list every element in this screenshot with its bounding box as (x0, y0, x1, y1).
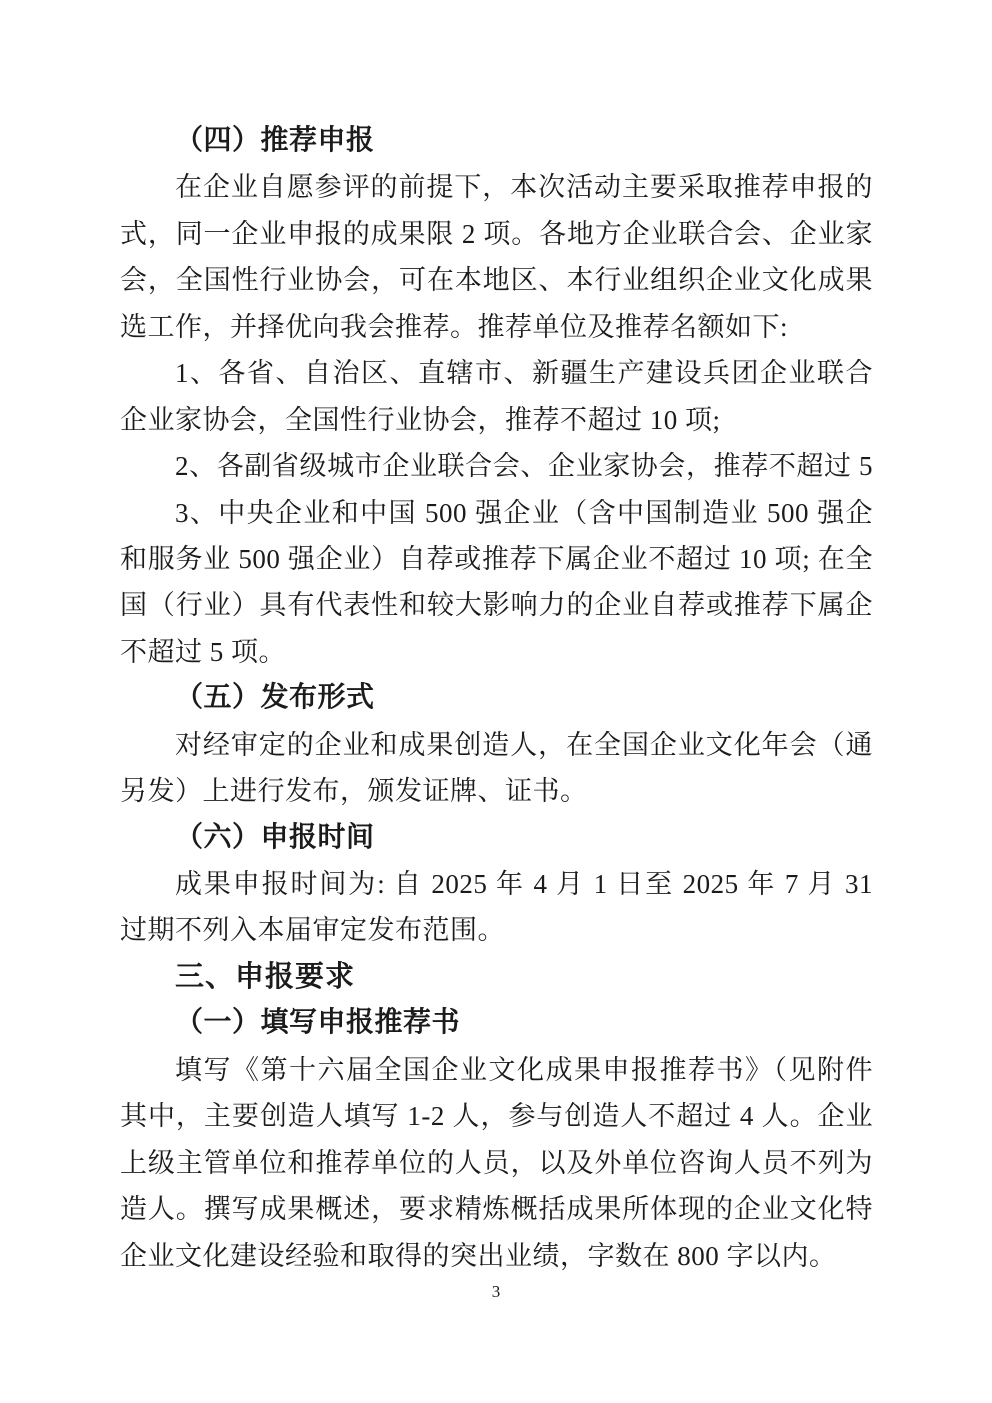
text-line: 2、各副省级城市企业联合会、企业家协会，推荐不超过 5 项; (120, 443, 873, 489)
document-body: （四）推荐申报 在企业自愿参评的前提下，本次活动主要采取推荐申报的方 式，同一企… (120, 118, 873, 1279)
text-line: 1、各省、自治区、直辖市、新疆生产建设兵团企业联合会、 (120, 350, 873, 396)
subsection-heading-5: （五）发布形式 (120, 675, 873, 721)
text-line: 不超过 5 项。 (120, 629, 873, 675)
text-line: 国（行业）具有代表性和较大影响力的企业自荐或推荐下属企业 (120, 582, 873, 628)
document-page: （四）推荐申报 在企业自愿参评的前提下，本次活动主要采取推荐申报的方 式，同一企… (0, 0, 992, 1403)
text-line: 填写《第十六届全国企业文化成果申报推荐书》（见附件 1）。 (120, 1047, 873, 1093)
text-line: 其中，主要创造人填写 1-2 人，参与创造人不超过 4 人。企业的 (120, 1093, 873, 1139)
subsection-heading-6: （六）申报时间 (120, 815, 873, 861)
text-line: 另发）上进行发布，颁发证牌、证书。 (120, 768, 873, 814)
section-heading-3: 三、申报要求 (120, 954, 873, 1000)
text-line: 会，全国性行业协会，可在本地区、本行业组织企业文化成果遴 (120, 257, 873, 303)
text-line: 在企业自愿参评的前提下，本次活动主要采取推荐申报的方 (120, 164, 873, 210)
text-line: 式，同一企业申报的成果限 2 项。各地方企业联合会、企业家协 (120, 211, 873, 257)
text-line: 造人。撰写成果概述，要求精炼概括成果所体现的企业文化特点、 (120, 1186, 873, 1232)
text-line: 3、中央企业和中国 500 强企业（含中国制造业 500 强企业 (120, 490, 873, 536)
page-number: 3 (0, 1281, 992, 1303)
subsection-heading-4: （四）推荐申报 (120, 118, 873, 164)
text-line: 过期不列入本届审定发布范围。 (120, 907, 873, 953)
text-line: 上级主管单位和推荐单位的人员，以及外单位咨询人员不列为创 (120, 1140, 873, 1186)
text-line: 对经审定的企业和成果创造人，在全国企业文化年会（通知 (120, 722, 873, 768)
text-line: 成果申报时间为: 自 2025 年 4 月 1 日至 2025 年 7 月 31… (120, 861, 873, 907)
text-line: 选工作，并择优向我会推荐。推荐单位及推荐名额如下: (120, 304, 873, 350)
text-line: 企业家协会，全国性行业协会，推荐不超过 10 项; (120, 397, 873, 443)
text-line: 企业文化建设经验和取得的突出业绩，字数在 800 字以内。 (120, 1233, 873, 1279)
text-line: 和服务业 500 强企业）自荐或推荐下属企业不超过 10 项; 在全 (120, 536, 873, 582)
subsection-heading-1: （一）填写申报推荐书 (120, 1000, 873, 1046)
